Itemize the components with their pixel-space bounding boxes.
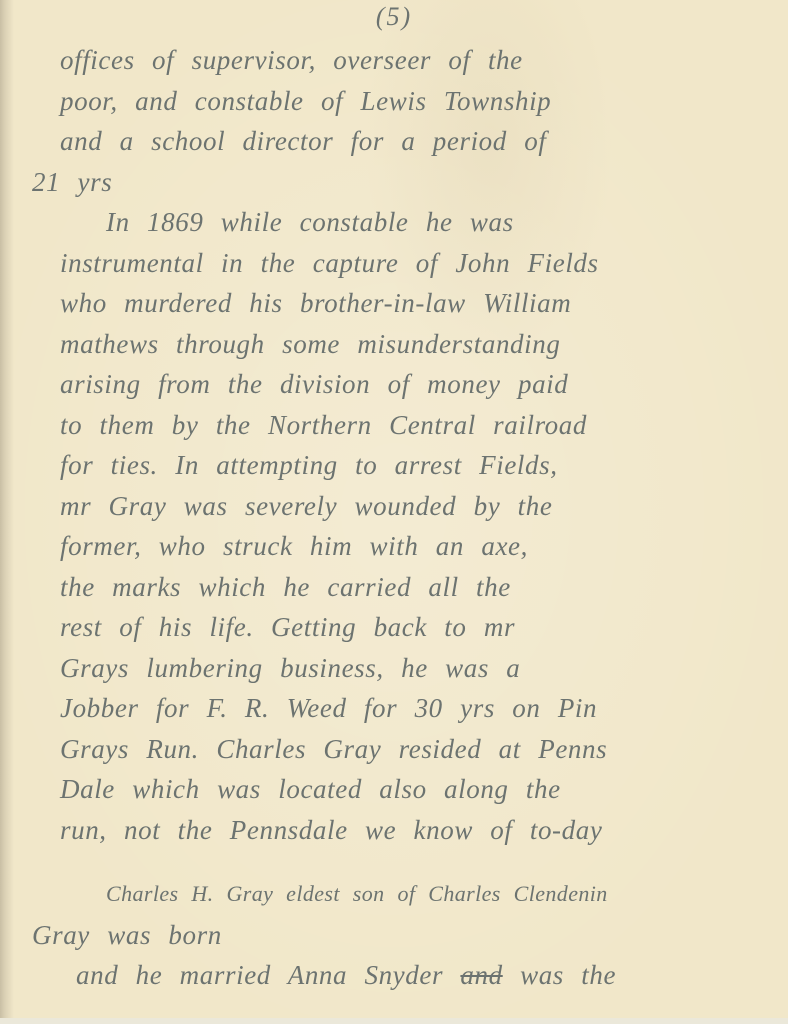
line-text: and a school director for a period of (60, 126, 546, 156)
manuscript-page: (5) offices of supervisor, overseer of t… (0, 0, 788, 1024)
handwritten-line: instrumental in the capture of John Fiel… (60, 243, 772, 284)
line-text: to them by the Northern Central railroad (60, 410, 587, 440)
handwritten-line: offices of supervisor, overseer of the (60, 40, 772, 81)
line-text: and he married Anna Snyder (76, 960, 460, 990)
line-text: run, not the Pennsdale we know of to-day (60, 815, 602, 845)
page-number: (5) (0, 2, 788, 32)
handwritten-line: run, not the Pennsdale we know of to-day (60, 810, 772, 851)
line-text: poor, and constable of Lewis Township (60, 86, 551, 116)
line-text: offices of supervisor, overseer of the (60, 45, 523, 75)
handwritten-line: who murdered his brother-in-law William (60, 283, 772, 324)
handwritten-line: Grays lumbering business, he was a (60, 648, 772, 689)
handwritten-line: former, who struck him with an axe, (60, 526, 772, 567)
line-text: mr Gray was severely wounded by the (60, 491, 552, 521)
handwritten-line: Jobber for F. R. Weed for 30 yrs on Pin (60, 688, 772, 729)
line-text: Gray was born (32, 920, 222, 950)
handwritten-line: rest of his life. Getting back to mr (60, 607, 772, 648)
handwritten-line: Dale which was located also along the (60, 769, 772, 810)
handwritten-line: to them by the Northern Central railroad (60, 405, 772, 446)
handwritten-line: Gray was born (32, 915, 772, 956)
handwritten-line: and he married Anna Snyder and was the (76, 955, 772, 996)
line-text: former, who struck him with an axe, (60, 531, 528, 561)
line-text: 21 yrs (32, 167, 112, 197)
struck-word: and (460, 960, 502, 990)
line-text: Grays Run. Charles Gray resided at Penns (60, 734, 607, 764)
line-text: who murdered his brother-in-law William (60, 288, 571, 318)
handwritten-line: 21 yrs (32, 162, 772, 203)
line-text: Jobber for F. R. Weed for 30 yrs on Pin (60, 693, 597, 723)
handwritten-line: poor, and constable of Lewis Township (60, 81, 772, 122)
handwritten-line: for ties. In attempting to arrest Fields… (60, 445, 772, 486)
handwritten-line: mathews through some misunderstanding (60, 324, 772, 365)
line-text: rest of his life. Getting back to mr (60, 612, 515, 642)
handwritten-line: arising from the division of money paid (60, 364, 772, 405)
handwritten-line: Grays Run. Charles Gray resided at Penns (60, 729, 772, 770)
handwritten-line: Charles H. Gray eldest son of Charles Cl… (106, 874, 772, 915)
handwritten-line: and a school director for a period of (60, 121, 772, 162)
line-text: Grays lumbering business, he was a (60, 653, 520, 683)
manuscript-lines: offices of supervisor, overseer of thepo… (60, 40, 772, 996)
line-text: mathews through some misunderstanding (60, 329, 560, 359)
scan-bottom-edge (0, 1018, 788, 1024)
line-text: In 1869 while constable he was (106, 207, 514, 237)
line-text: was the (503, 960, 616, 990)
line-text: Dale which was located also along the (60, 774, 561, 804)
line-text: arising from the division of money paid (60, 369, 568, 399)
handwritten-line: mr Gray was severely wounded by the (60, 486, 772, 527)
handwritten-line: In 1869 while constable he was (106, 202, 772, 243)
line-text: instrumental in the capture of John Fiel… (60, 248, 599, 278)
line-text: the marks which he carried all the (60, 572, 511, 602)
handwritten-line: the marks which he carried all the (60, 567, 772, 608)
line-text: for ties. In attempting to arrest Fields… (60, 450, 558, 480)
line-text: Charles H. Gray eldest son of Charles Cl… (106, 881, 608, 906)
